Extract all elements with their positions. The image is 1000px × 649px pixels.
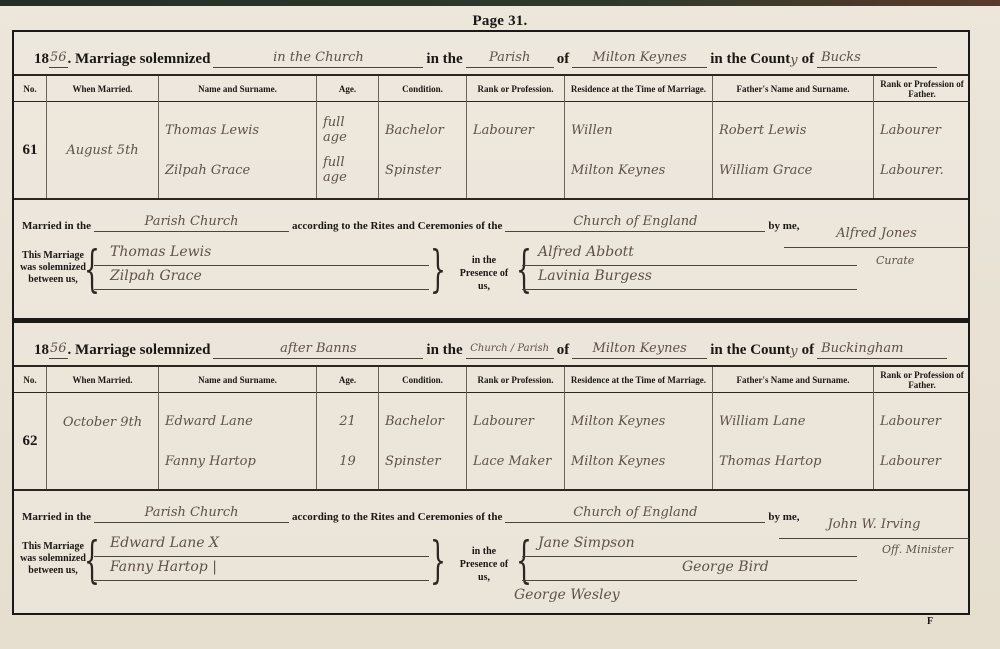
minister-signature: Alfred Jones xyxy=(784,226,969,248)
when-married: October 9th xyxy=(47,393,158,489)
col-header-father-rank: Rank or Profession of Father. xyxy=(874,76,970,102)
married-in-place: Parish Church xyxy=(94,505,289,523)
in-presence-label: in the Presence of us, xyxy=(454,254,514,293)
bride-signature: Zilpah Grace xyxy=(94,268,429,290)
groom-father-name: Robert Lewis xyxy=(719,123,867,138)
col-header-when: When Married. xyxy=(47,367,158,393)
rites-of: Church of England xyxy=(505,505,765,523)
groom-father-rank: Labourer xyxy=(880,414,964,429)
minister-title: Curate xyxy=(876,254,914,267)
col-header-father-rank: Rank or Profession of Father. xyxy=(874,367,970,393)
married-in-place: Parish Church xyxy=(94,214,289,232)
col-header-age: Age. xyxy=(317,76,378,102)
col-header-condition: Condition. xyxy=(379,76,466,102)
groom-father-rank: Labourer xyxy=(880,123,964,138)
marriage-solemnized-label: . Marriage solemnized xyxy=(68,342,211,359)
county-of-label: of xyxy=(802,51,815,68)
according-label: according to the Rites and Ceremonies of… xyxy=(292,220,502,232)
groom-residence: Milton Keynes xyxy=(571,414,706,429)
married-in-label: Married in the xyxy=(22,220,91,232)
entry-header: 18 56 . Marriage solemnized in the Churc… xyxy=(14,32,968,74)
bride-name: Zilpah Grace xyxy=(165,163,310,178)
solemnized-between-label: This Marriage was solemnized between us, xyxy=(20,541,86,577)
year-suffix: 56 xyxy=(49,341,68,359)
minister-signature: John W. Irving xyxy=(779,517,969,539)
col-header-rank: Rank or Profession. xyxy=(467,76,564,102)
year-prefix: 18 xyxy=(34,342,49,359)
year-suffix: 56 xyxy=(49,50,68,68)
witness-3-signature: George Wesley xyxy=(514,587,620,603)
groom-rank: Labourer xyxy=(473,414,558,429)
solemnized-how: in the Church xyxy=(213,50,423,68)
col-header-no: No. xyxy=(14,367,46,393)
col-header-condition: Condition. xyxy=(379,367,466,393)
in-the-label: in the xyxy=(426,342,462,359)
groom-name: Edward Lane xyxy=(165,414,310,429)
bride-father-rank: Labourer. xyxy=(880,163,964,178)
county-label: in the Count xyxy=(710,342,790,359)
solemnized-how: after Banns xyxy=(213,341,423,359)
place-type: Parish xyxy=(466,50,554,68)
county-label: in the Count xyxy=(710,51,790,68)
groom-signature: Edward Lane X xyxy=(94,535,429,557)
entry-number: 62 xyxy=(14,393,46,489)
bride-age: 19 xyxy=(339,454,356,469)
groom-name: Thomas Lewis xyxy=(165,123,310,138)
col-header-age: Age. xyxy=(317,367,378,393)
signature-area: This Marriage was solemnized between us,… xyxy=(14,523,968,603)
bride-signature: Fanny Hartop | xyxy=(94,559,429,581)
col-header-residence: Residence at the Time of Marriage. xyxy=(565,76,712,102)
solemnized-between-label: This Marriage was solemnized between us, xyxy=(20,250,86,286)
witness-2-signature: George Bird xyxy=(522,559,857,581)
groom-signature: Thomas Lewis xyxy=(94,244,429,266)
col-header-name: Name and Surname. xyxy=(159,76,316,102)
signature-area: This Marriage was solemnized between us,… xyxy=(14,232,968,312)
bride-rank: Lace Maker xyxy=(473,454,558,469)
bride-age: full age xyxy=(323,155,372,185)
col-header-name: Name and Surname. xyxy=(159,367,316,393)
groom-residence: Willen xyxy=(571,123,706,138)
groom-age: 21 xyxy=(339,414,356,429)
place-type: Church / Parish xyxy=(466,341,554,359)
married-in-label: Married in the xyxy=(22,511,91,523)
of-label: of xyxy=(557,51,570,68)
year-prefix: 18 xyxy=(34,51,49,68)
bride-father-name: Thomas Hartop xyxy=(719,454,867,469)
bride-residence: Milton Keynes xyxy=(571,163,706,178)
bride-condition: Spinster xyxy=(385,163,460,178)
right-brace: } xyxy=(430,244,446,294)
bride-name: Fanny Hartop xyxy=(165,454,310,469)
when-married: August 5th xyxy=(47,102,158,198)
bride-condition: Spinster xyxy=(385,454,460,469)
groom-condition: Bachelor xyxy=(385,123,460,138)
of-label: of xyxy=(557,342,570,359)
signature-mark-f: F xyxy=(927,616,933,627)
county-suffix: y xyxy=(790,53,797,68)
col-header-when: When Married. xyxy=(47,76,158,102)
parish-name: Milton Keynes xyxy=(572,341,707,359)
bride-father-rank: Labourer xyxy=(880,454,964,469)
entry-table: No.61 When Married.August 5th Name and S… xyxy=(14,74,968,200)
right-brace: } xyxy=(430,535,446,585)
col-header-residence: Residence at the Time of Marriage. xyxy=(565,367,712,393)
minister-title: Off. Minister xyxy=(882,543,953,556)
bride-father-name: William Grace xyxy=(719,163,867,178)
entry-number: 61 xyxy=(14,102,46,198)
in-the-label: in the xyxy=(426,51,462,68)
col-header-father: Father's Name and Surname. xyxy=(713,76,873,102)
marriage-entry-61: 18 56 . Marriage solemnized in the Churc… xyxy=(12,30,970,320)
groom-age: full age xyxy=(323,115,372,145)
bride-rank xyxy=(473,163,558,178)
col-header-rank: Rank or Profession. xyxy=(467,367,564,393)
county-suffix: y xyxy=(790,344,797,359)
county-name: Buckingham xyxy=(817,341,947,359)
marriage-solemnized-label: . Marriage solemnized xyxy=(68,51,211,68)
groom-rank: Labourer xyxy=(473,123,558,138)
bride-residence: Milton Keynes xyxy=(571,454,706,469)
county-name: Bucks xyxy=(817,50,937,68)
groom-father-name: William Lane xyxy=(719,414,867,429)
according-label: according to the Rites and Ceremonies of… xyxy=(292,511,502,523)
entry-table: No.62 When Married.October 9th Name and … xyxy=(14,365,968,491)
col-header-father: Father's Name and Surname. xyxy=(713,367,873,393)
in-presence-label: in the Presence of us, xyxy=(454,545,514,584)
page-title: Page 31. xyxy=(0,13,1000,30)
county-of-label: of xyxy=(802,342,815,359)
witness-2-signature: Lavinia Burgess xyxy=(522,268,857,290)
rites-of: Church of England xyxy=(505,214,765,232)
parish-name: Milton Keynes xyxy=(572,50,707,68)
groom-condition: Bachelor xyxy=(385,414,460,429)
marriage-entry-62: 18 56 . Marriage solemnized after Banns … xyxy=(12,320,970,615)
entry-header: 18 56 . Marriage solemnized after Banns … xyxy=(14,323,968,365)
col-header-no: No. xyxy=(14,76,46,102)
